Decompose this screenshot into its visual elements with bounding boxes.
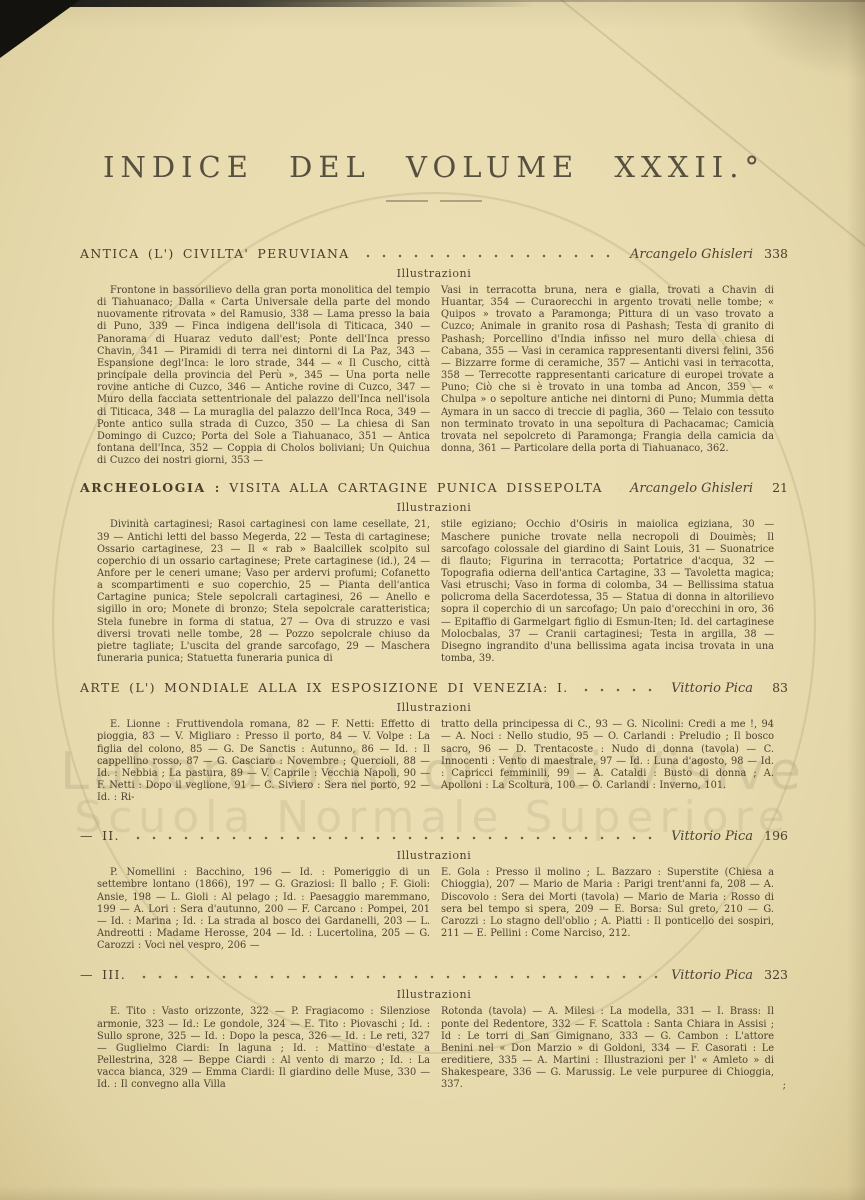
leader-dots (130, 828, 661, 840)
page-number: 83 (762, 680, 788, 695)
author-name: Vittorio Pica (671, 968, 753, 983)
column-left: P. Nomellini : Bacchino, 196 — Id. : Pom… (97, 867, 430, 952)
column-right: tratto della principessa di C., 93 — G. … (441, 719, 774, 804)
leader-dots (613, 480, 620, 492)
column-right: Rotonda (tavola) — A. Milesi : La modell… (441, 1006, 774, 1091)
leader-dots (360, 246, 621, 258)
scan-corner-top-right (715, 0, 865, 90)
column-left: E. Lionne : Fruttivendola romana, 82 — F… (97, 719, 430, 804)
illustrations-label: Illustrazioni (80, 267, 788, 280)
scan-edge-right (847, 0, 865, 1200)
page-content: INDICE DEL VOLUME XXXII.° ANTICA (L') CI… (0, 150, 865, 1091)
column-left: E. Tito : Vasto orizzonte, 322 — P. Frag… (97, 1006, 430, 1091)
two-column-text: E. Lionne : Fruttivendola romana, 82 — F… (80, 719, 788, 804)
section-title: ARTE (L') MONDIALE ALLA IX ESPOSIZIONE D… (80, 680, 568, 695)
section-arte-mondiale-venezia-2: — II. Vittorio Pica 196 Illustrazioni P.… (80, 828, 788, 952)
section-heading: — III. Vittorio Pica 323 (80, 967, 788, 983)
section-title: — II. (80, 828, 120, 843)
illustrations-label: Illustrazioni (80, 849, 788, 862)
column-right: Vasi in terracotta bruna, nera e gialla,… (441, 285, 774, 467)
illustrations-label: Illustrazioni (80, 501, 788, 514)
leader-dots (578, 680, 661, 692)
page-title: INDICE DEL VOLUME XXXII.° (80, 150, 788, 184)
author-name: Arcangelo Ghisleri (630, 481, 753, 496)
column-right: stile egiziano; Occhio d'Osiris in maiol… (441, 519, 774, 665)
author-name: Vittorio Pica (671, 829, 753, 844)
author-name: Arcangelo Ghisleri (630, 247, 753, 262)
section-antica-civilta-peruviana: ANTICA (L') CIVILTA' PERUVIANA Arcangelo… (80, 246, 788, 467)
two-column-text: Frontone in bassorilievo della gran port… (80, 285, 788, 467)
scan-corner-top-left (0, 0, 80, 58)
title-divider (386, 200, 482, 202)
section-arte-mondiale-venezia-1: ARTE (L') MONDIALE ALLA IX ESPOSIZIONE D… (80, 680, 788, 804)
section-arte-mondiale-venezia-3: — III. Vittorio Pica 323 Illustrazioni E… (80, 967, 788, 1090)
page-number: 323 (762, 967, 788, 982)
page-number: 338 (762, 246, 788, 261)
page-number: 21 (762, 480, 788, 495)
two-column-text: Divinità cartaginesi; Rasoi cartaginesi … (80, 519, 788, 665)
scan-edge-bottom (0, 1186, 865, 1200)
section-title: — III. (80, 967, 126, 982)
column-left: Frontone in bassorilievo della gran port… (97, 285, 430, 467)
author-name: Vittorio Pica (671, 681, 753, 696)
two-column-text: P. Nomellini : Bacchino, 196 — Id. : Pom… (80, 867, 788, 952)
scanned-page: Laboratorio di Arti Visive Scuola Normal… (0, 0, 865, 1200)
illustrations-label: Illustrazioni (80, 701, 788, 714)
section-heading: ARCHEOLOGIA : VISITA ALLA CARTAGINE PUNI… (80, 480, 788, 496)
column-right: E. Gola : Presso il molino ; L. Bazzaro … (441, 867, 774, 952)
column-left: Divinità cartaginesi; Rasoi cartaginesi … (97, 519, 430, 665)
scan-top-edge (0, 0, 536, 7)
section-heading: ARTE (L') MONDIALE ALLA IX ESPOSIZIONE D… (80, 680, 788, 696)
leader-dots (136, 967, 661, 979)
page-number: 196 (762, 828, 788, 843)
section-archeologia-cartagine: ARCHEOLOGIA : VISITA ALLA CARTAGINE PUNI… (80, 480, 788, 665)
section-heading: ANTICA (L') CIVILTA' PERUVIANA Arcangelo… (80, 246, 788, 262)
section-heading: — II. Vittorio Pica 196 (80, 828, 788, 844)
section-title: ARCHEOLOGIA : VISITA ALLA CARTAGINE PUNI… (80, 480, 603, 495)
section-title: ANTICA (L') CIVILTA' PERUVIANA (80, 246, 350, 261)
illustrations-label: Illustrazioni (80, 988, 788, 1001)
